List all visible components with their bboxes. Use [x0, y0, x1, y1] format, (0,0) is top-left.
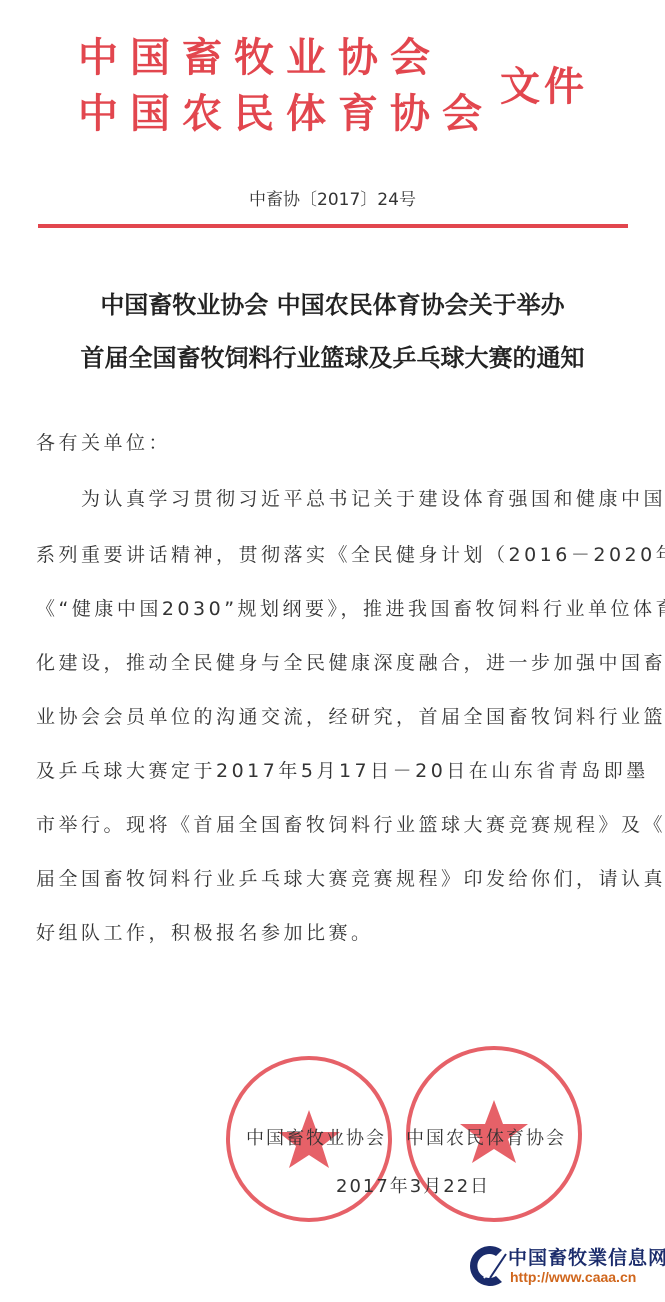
caaa-logo-icon	[468, 1242, 508, 1290]
title-line-1: 中国畜牧业协会 中国农民体育协会关于举办	[0, 285, 665, 320]
header-org-1: 中国畜牧业协会	[78, 26, 442, 83]
header-doc-type: 文件	[500, 55, 588, 112]
body-line: 好组队工作，积极报名参加比赛。	[36, 918, 636, 945]
body-line: 化建设，推动全民健身与全民健康深度融合，进一步加强中国畜牧	[36, 648, 636, 675]
body-line: 为认真学习贯彻习近平总书记关于建设体育强国和健康中国	[36, 484, 636, 511]
salutation: 各有关单位：	[36, 428, 636, 455]
header-divider	[38, 224, 628, 228]
body-line: 系列重要讲话精神，贯彻落实《全民健身计划（2016－2020年）》	[36, 540, 636, 567]
body-line: 及乒乓球大赛定于2017年5月17日－20日在山东省青岛即墨	[36, 756, 636, 783]
body-line: 市举行。现将《首届全国畜牧饲料行业篮球大赛竞赛规程》及《首	[36, 810, 636, 837]
body-line: 《“健康中国2030”规划纲要》，推进我国畜牧饲料行业单位体育文	[36, 594, 636, 621]
signature-date: 2017年3月22日	[336, 1172, 490, 1198]
site-name: 中国畜牧業信息网	[508, 1243, 665, 1270]
signature-orgs: 中国畜牧业协会 中国农民体育协会	[246, 1124, 566, 1150]
site-url[interactable]: http://www.caaa.cn	[510, 1269, 636, 1285]
header-org-2: 中国农民体育协会	[78, 82, 494, 139]
title-line-2: 首届全国畜牧饲料行业篮球及乒乓球大赛的通知	[0, 338, 665, 373]
document-number: 中畜协〔2017〕24号	[0, 185, 665, 210]
body-line: 业协会会员单位的沟通交流，经研究，首届全国畜牧饲料行业篮球	[36, 702, 636, 729]
footer-logo[interactable]: 中国畜牧業信息网 http://www.caaa.cn	[468, 1240, 658, 1295]
body-line: 届全国畜牧饲料行业乒乓球大赛竞赛规程》印发给你们，请认真做	[36, 864, 636, 891]
